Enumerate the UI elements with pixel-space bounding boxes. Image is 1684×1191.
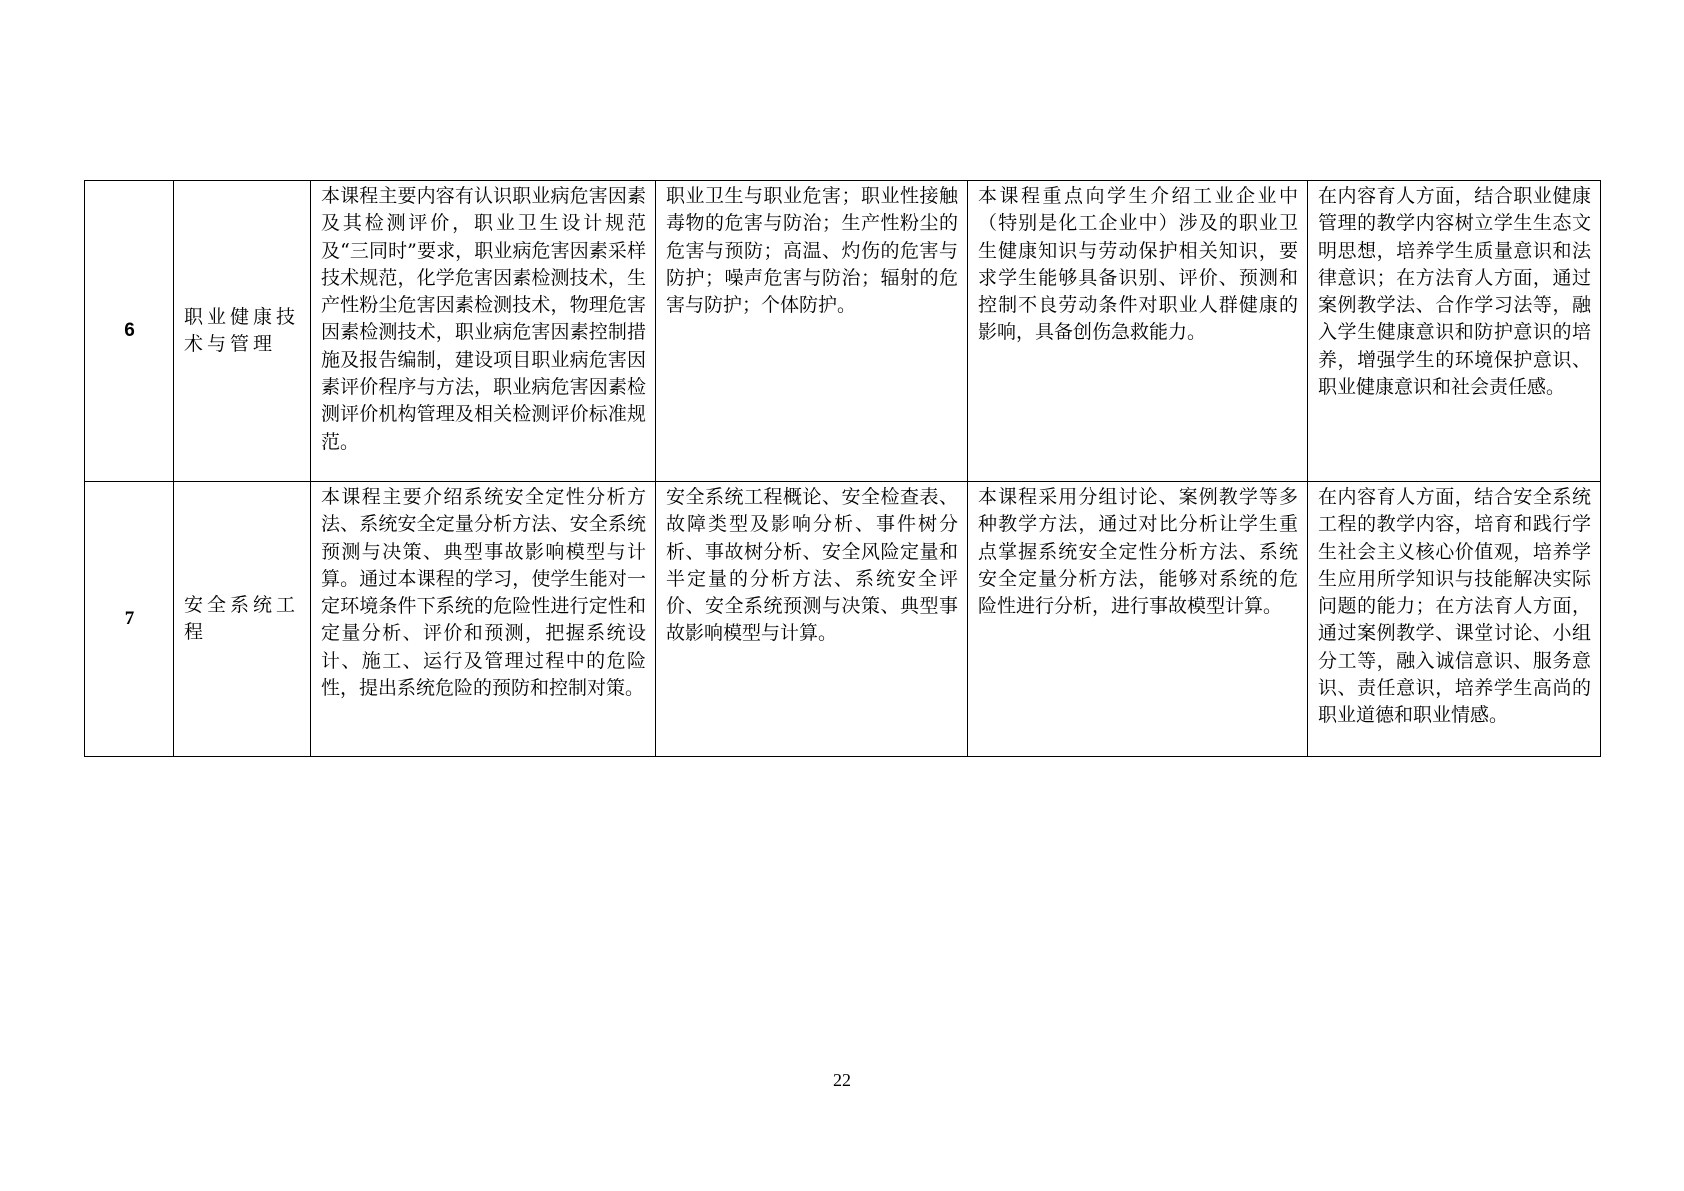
course-table: 6 职业健康技术与管理 本课程主要内容有认识职业病危害因素及其检测评价，职业卫生… [84, 180, 1601, 757]
course-key-topics: 职业卫生与职业危害；职业性接触毒物的危害与防治；生产性粉尘的危害与预防；高温、灼… [656, 181, 968, 482]
row-index: 6 [85, 181, 174, 482]
course-name: 职业健康技术与管理 [174, 181, 311, 482]
course-key-topics: 安全系统工程概论、安全检查表、故障类型及影响分析、事件树分析、事故树分析、安全风… [656, 482, 968, 757]
course-main-content: 本课程主要介绍系统安全定性分析方法、系统安全定量分析方法、安全系统预测与决策、典… [311, 482, 656, 757]
course-name: 安全系统工程 [174, 482, 311, 757]
row-index: 7 [85, 482, 174, 757]
page-number: 22 [0, 1070, 1684, 1091]
table-row: 7 安全系统工程 本课程主要介绍系统安全定性分析方法、系统安全定量分析方法、安全… [85, 482, 1601, 757]
course-main-content: 本课程主要内容有认识职业病危害因素及其检测评价，职业卫生设计规范及“三同时”要求… [311, 181, 656, 482]
document-page: 6 职业健康技术与管理 本课程主要内容有认识职业病危害因素及其检测评价，职业卫生… [0, 0, 1684, 1191]
table-row: 6 职业健康技术与管理 本课程主要内容有认识职业病危害因素及其检测评价，职业卫生… [85, 181, 1601, 482]
course-ideological-education: 在内容育人方面，结合安全系统工程的教学内容，培育和践行学生社会主义核心价值观，培… [1308, 482, 1601, 757]
course-teaching-requirements: 本课程重点向学生介绍工业企业中（特别是化工企业中）涉及的职业卫生健康知识与劳动保… [968, 181, 1308, 482]
course-ideological-education: 在内容育人方面，结合职业健康管理的教学内容树立学生生态文明思想，培养学生质量意识… [1308, 181, 1601, 482]
course-teaching-requirements: 本课程采用分组讨论、案例教学等多种教学方法，通过对比分析让学生重点掌握系统安全定… [968, 482, 1308, 757]
